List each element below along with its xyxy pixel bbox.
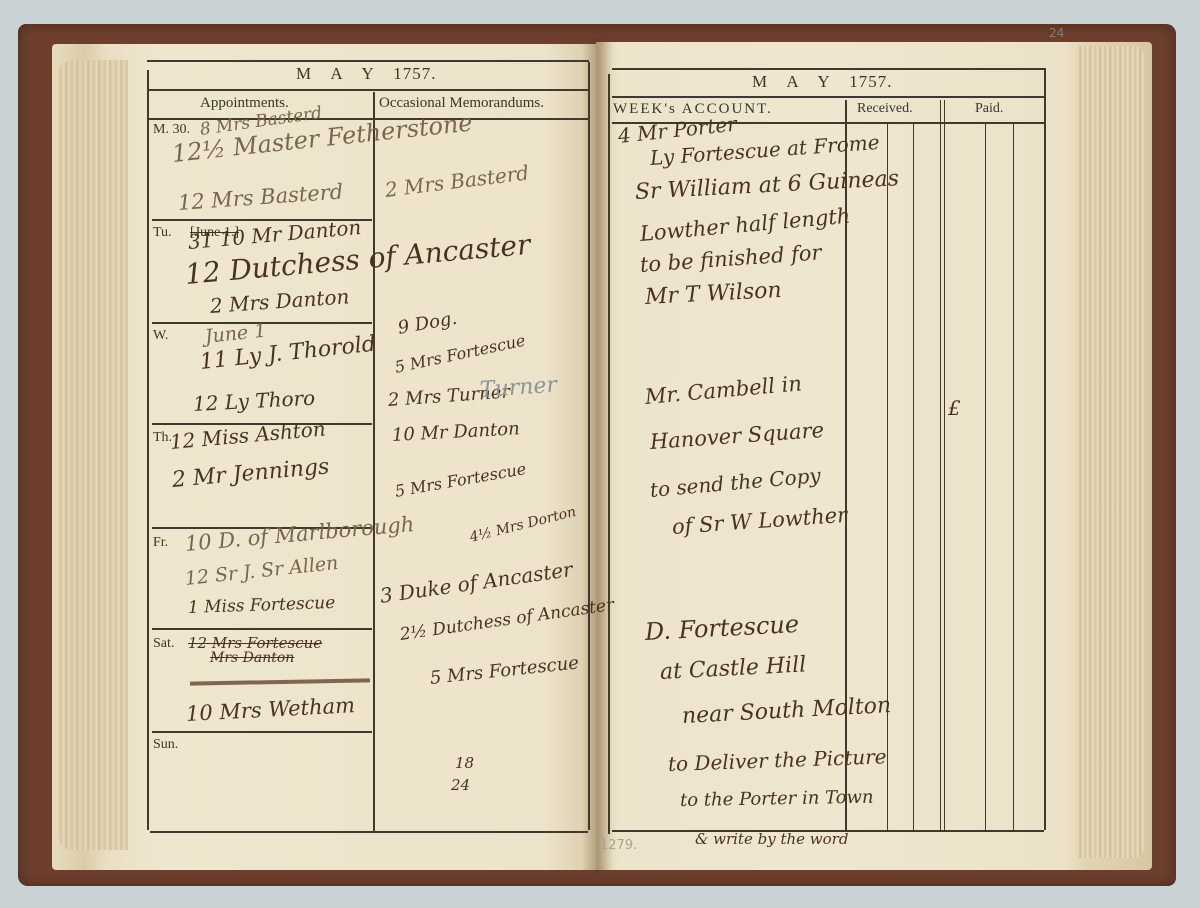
column-divider — [373, 92, 375, 832]
pounds-rule — [985, 124, 986, 830]
top-rule — [612, 68, 1046, 70]
pounds-rule — [887, 124, 888, 830]
month-label: M A Y — [752, 72, 837, 91]
column-divider — [944, 100, 945, 830]
bottom-rule — [150, 831, 588, 833]
day-label-sunday: Sun. — [153, 737, 178, 753]
year-label: 1757. — [393, 64, 436, 83]
handwritten-entry-struck: Mrs Danton — [210, 650, 294, 666]
right-border — [588, 62, 590, 830]
page-number: 24 — [1049, 26, 1064, 40]
handwritten-entry: & write by the word — [695, 830, 848, 848]
right-page-edges — [1078, 46, 1144, 858]
day-label-wednesday: W. — [153, 328, 168, 344]
month-title: M A Y 1757. — [752, 72, 893, 92]
right-border — [1044, 68, 1046, 830]
left-border — [147, 70, 149, 830]
year-label: 1757. — [849, 72, 892, 91]
pencil-folio: 1279. — [600, 838, 637, 853]
handwritten-number: 24 — [451, 776, 470, 794]
handwritten-entry: to the Porter in Town — [680, 787, 874, 811]
paid-header: Paid. — [975, 101, 1003, 117]
shillings-rule — [913, 124, 914, 830]
left-border — [608, 74, 610, 834]
day-label-friday: Fr. — [153, 535, 168, 551]
title-rule — [612, 96, 1044, 98]
column-divider — [940, 100, 941, 830]
day-label-tuesday: Tu. — [153, 225, 172, 241]
month-title: M A Y 1757. — [296, 64, 437, 84]
received-mark: £ — [948, 396, 961, 420]
handwritten-number: 18 — [455, 754, 474, 772]
day-label-saturday: Sat. — [153, 636, 174, 652]
received-header: Received. — [857, 101, 913, 117]
day-rule — [152, 731, 372, 733]
shillings-rule — [1013, 124, 1014, 830]
left-page-edges — [58, 60, 128, 850]
month-label: M A Y — [296, 64, 381, 83]
day-label-monday: M. 30. — [153, 122, 190, 138]
day-rule — [152, 628, 372, 630]
title-rule — [148, 89, 588, 91]
top-rule — [147, 60, 589, 62]
